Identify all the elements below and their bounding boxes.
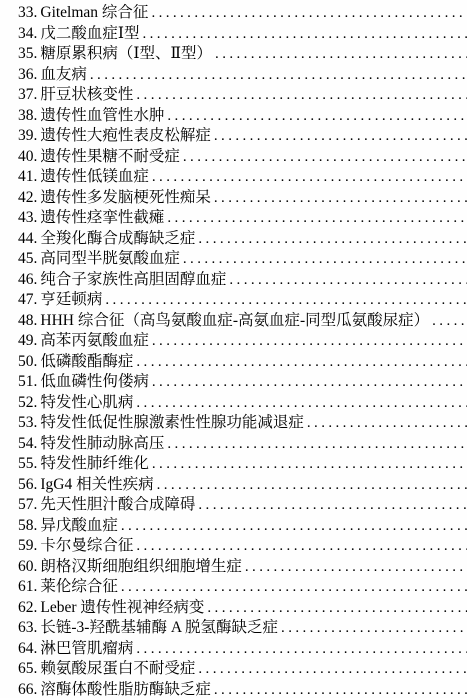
toc-entry-title: 全羧化酶合成酶缺乏症 — [40, 229, 195, 250]
toc-entry-number: 59. — [18, 536, 37, 557]
toc-entry: 43. 遗传性痉挛性截瘫 ...........................… — [18, 208, 467, 229]
toc-dot-leader: ........................................… — [207, 598, 467, 619]
toc-entry-number: 48. — [18, 311, 37, 332]
toc-dot-leader: ........................................… — [183, 249, 467, 270]
toc-entry: 40. 遗传性果糖不耐受症 ..........................… — [18, 147, 467, 168]
toc-entry: 60. 朗格汉斯细胞组织细胞增生症 ......................… — [18, 557, 467, 578]
toc-entry-title: 赖氨酸尿蛋白不耐受症 — [40, 659, 195, 680]
toc-dot-leader: ........................................… — [152, 331, 467, 352]
toc-entry: 62. Leber 遗传性视神经病变 .....................… — [18, 598, 467, 619]
toc-entry-title: 低磷酸酯酶症 — [40, 352, 133, 373]
toc-entry-title: 遗传性大疱性表皮松解症 — [40, 126, 211, 147]
toc-entry-number: 54. — [18, 434, 37, 455]
toc-entry: 33. Gitelman 综合征 .......................… — [18, 3, 467, 24]
toc-entry-number: 47. — [18, 290, 37, 311]
toc-entry-number: 44. — [18, 229, 37, 250]
toc-entry: 42. 遗传性多发脑梗死性痴呆 ........................… — [18, 188, 467, 209]
toc-entry-number: 50. — [18, 352, 37, 373]
toc-dot-leader: ........................................… — [167, 434, 467, 455]
toc-dot-leader: ........................................… — [281, 618, 467, 639]
toc-entry-title: 纯合子家族性高胆固醇血症 — [40, 270, 226, 291]
toc-dot-leader: ........................................… — [229, 270, 467, 291]
toc-entry-title: 异戊酸血症 — [40, 516, 118, 537]
toc-entry: 64. 淋巴管肌瘤病 .............................… — [18, 639, 467, 660]
toc-entry-number: 60. — [18, 557, 37, 578]
toc-dot-leader: ........................................… — [90, 65, 467, 86]
toc-entry-title: 遗传性多发脑梗死性痴呆 — [40, 188, 211, 209]
toc-entry-title: 长链-3-羟酰基辅酶 A 脱氢酶缺乏症 — [40, 618, 278, 639]
toc-entry-number: 40. — [18, 147, 37, 168]
toc-dot-leader: ........................................… — [198, 659, 467, 680]
toc-dot-leader: ........................................… — [214, 680, 467, 698]
toc-dot-leader: ........................................… — [432, 311, 467, 332]
toc-entry-title: 特发性心肌病 — [40, 393, 133, 414]
toc-list: 33. Gitelman 综合征 .......................… — [18, 3, 467, 698]
toc-entry-title: 高同型半胱氨酸血症 — [40, 249, 180, 270]
toc-entry-number: 43. — [18, 208, 37, 229]
toc-entry-title: 淋巴管肌瘤病 — [40, 639, 133, 660]
toc-entry-title: 血友病 — [40, 65, 87, 86]
toc-entry-number: 38. — [18, 106, 37, 127]
toc-entry-number: 63. — [18, 618, 37, 639]
toc-entry: 59. 卡尔曼综合征 .............................… — [18, 536, 467, 557]
toc-dot-leader: ........................................… — [151, 3, 467, 24]
toc-entry: 56. IgG4 相关性疾病 .........................… — [18, 475, 467, 496]
toc-entry-number: 58. — [18, 516, 37, 537]
toc-dot-leader: ........................................… — [136, 85, 467, 106]
toc-entry-number: 45. — [18, 249, 37, 270]
toc-entry: 41. 遗传性低镁血症 ............................… — [18, 167, 467, 188]
toc-entry-number: 64. — [18, 639, 37, 660]
toc-entry-number: 41. — [18, 167, 37, 188]
toc-entry-number: 57. — [18, 495, 37, 516]
toc-entry-title: Gitelman 综合征 — [40, 3, 148, 24]
document-page: 33. Gitelman 综合征 .......................… — [0, 0, 467, 698]
toc-entry: 47. 亨廷顿病 ...............................… — [18, 290, 467, 311]
toc-dot-leader: ........................................… — [198, 229, 467, 250]
toc-dot-leader: ........................................… — [215, 44, 467, 65]
toc-entry-number: 46. — [18, 270, 37, 291]
toc-entry: 66. 溶酶体酸性脂肪酶缺乏症 ........................… — [18, 680, 467, 698]
toc-entry-number: 55. — [18, 454, 37, 475]
toc-dot-leader: ........................................… — [214, 188, 467, 209]
toc-entry: 46. 纯合子家族性高胆固醇血症 .......................… — [18, 270, 467, 291]
toc-entry-number: 37. — [18, 85, 37, 106]
toc-dot-leader: ........................................… — [121, 516, 467, 537]
toc-entry-title: 遗传性痉挛性截瘫 — [40, 208, 164, 229]
toc-entry-number: 33. — [18, 3, 37, 24]
toc-entry-number: 36. — [18, 65, 37, 86]
toc-entry-title: IgG4 相关性疾病 — [40, 475, 153, 496]
toc-entry-title: 亨廷顿病 — [40, 290, 102, 311]
toc-entry-title: Leber 遗传性视神经病变 — [40, 598, 204, 619]
toc-entry-title: 特发性肺纤维化 — [40, 454, 149, 475]
toc-entry: 51. 低血磷性佝偻病 ............................… — [18, 372, 467, 393]
toc-entry-title: 低血磷性佝偻病 — [40, 372, 149, 393]
toc-entry-title: 莱伦综合征 — [40, 577, 118, 598]
toc-entry-number: 56. — [18, 475, 37, 496]
toc-entry: 49. 高苯丙氨酸血症 ............................… — [18, 331, 467, 352]
toc-entry-number: 53. — [18, 413, 37, 434]
toc-entry: 45. 高同型半胱氨酸血症 ..........................… — [18, 249, 467, 270]
toc-entry: 61. 莱伦综合征 ..............................… — [18, 577, 467, 598]
toc-entry: 39. 遗传性大疱性表皮松解症 ........................… — [18, 126, 467, 147]
toc-entry-title: 肝豆状核变性 — [40, 85, 133, 106]
toc-dot-leader: ........................................… — [157, 475, 467, 496]
toc-entry: 35. 糖原累积病（Ⅰ型、Ⅱ型） .......................… — [18, 44, 467, 65]
toc-entry-title: 遗传性果糖不耐受症 — [40, 147, 180, 168]
toc-entry-number: 34. — [18, 24, 37, 45]
toc-entry-number: 52. — [18, 393, 37, 414]
toc-entry: 58. 异戊酸血症 ..............................… — [18, 516, 467, 537]
toc-entry-number: 39. — [18, 126, 37, 147]
toc-dot-leader: ........................................… — [307, 413, 467, 434]
toc-dot-leader: ........................................… — [152, 372, 467, 393]
toc-entry-title: 遗传性血管性水肿 — [40, 106, 164, 127]
toc-dot-leader: ........................................… — [214, 126, 467, 147]
toc-entry: 34. 戊二酸血症Ⅰ型 ............................… — [18, 24, 467, 45]
toc-entry: 55. 特发性肺纤维化 ............................… — [18, 454, 467, 475]
toc-entry-number: 66. — [18, 680, 37, 698]
toc-dot-leader: ........................................… — [198, 495, 467, 516]
toc-entry-title: 卡尔曼综合征 — [40, 536, 133, 557]
toc-entry: 53. 特发性低促性腺激素性性腺功能减退症 ..................… — [18, 413, 467, 434]
toc-dot-leader: ........................................… — [167, 208, 467, 229]
toc-entry-title: 糖原累积病（Ⅰ型、Ⅱ型） — [40, 44, 212, 65]
toc-entry-title: 高苯丙氨酸血症 — [40, 331, 149, 352]
toc-entry-number: 65. — [18, 659, 37, 680]
toc-entry: 37. 肝豆状核变性 .............................… — [18, 85, 467, 106]
toc-entry: 57. 先天性胆汁酸合成障碍 .........................… — [18, 495, 467, 516]
toc-entry-title: 特发性低促性腺激素性性腺功能减退症 — [40, 413, 304, 434]
toc-entry-title: 遗传性低镁血症 — [40, 167, 149, 188]
toc-entry-number: 49. — [18, 331, 37, 352]
toc-entry: 38. 遗传性血管性水肿 ...........................… — [18, 106, 467, 127]
toc-entry-title: 先天性胆汁酸合成障碍 — [40, 495, 195, 516]
toc-dot-leader: ........................................… — [136, 536, 467, 557]
toc-entry: 52. 特发性心肌病 .............................… — [18, 393, 467, 414]
toc-entry: 50. 低磷酸酯酶症 .............................… — [18, 352, 467, 373]
toc-entry-number: 61. — [18, 577, 37, 598]
toc-entry: 44. 全羧化酶合成酶缺乏症 .........................… — [18, 229, 467, 250]
toc-entry: 54. 特发性肺动脉高压 ...........................… — [18, 434, 467, 455]
toc-dot-leader: ........................................… — [183, 147, 467, 168]
toc-dot-leader: ........................................… — [245, 557, 467, 578]
toc-dot-leader: ........................................… — [167, 106, 467, 127]
toc-entry-number: 51. — [18, 372, 37, 393]
toc-entry: 65. 赖氨酸尿蛋白不耐受症 .........................… — [18, 659, 467, 680]
toc-dot-leader: ........................................… — [121, 577, 467, 598]
toc-entry-title: HHH 综合征（高鸟氨酸血症-高氨血症-同型瓜氨酸尿症） — [40, 311, 429, 332]
toc-dot-leader: ........................................… — [143, 24, 467, 45]
toc-entry: 48. HHH 综合征（高鸟氨酸血症-高氨血症-同型瓜氨酸尿症） .......… — [18, 311, 467, 332]
toc-dot-leader: ........................................… — [105, 290, 467, 311]
toc-entry-title: 溶酶体酸性脂肪酶缺乏症 — [40, 680, 211, 698]
toc-entry-number: 35. — [18, 44, 37, 65]
toc-entry: 36. 血友病 ................................… — [18, 65, 467, 86]
toc-dot-leader: ........................................… — [136, 352, 467, 373]
toc-entry-title: 特发性肺动脉高压 — [40, 434, 164, 455]
toc-entry-number: 62. — [18, 598, 37, 619]
toc-dot-leader: ........................................… — [136, 393, 467, 414]
toc-dot-leader: ........................................… — [152, 167, 467, 188]
toc-dot-leader: ........................................… — [136, 639, 467, 660]
toc-entry-number: 42. — [18, 188, 37, 209]
toc-entry: 63. 长链-3-羟酰基辅酶 A 脱氢酶缺乏症 ................… — [18, 618, 467, 639]
toc-entry-title: 朗格汉斯细胞组织细胞增生症 — [40, 557, 242, 578]
toc-entry-title: 戊二酸血症Ⅰ型 — [40, 24, 139, 45]
toc-dot-leader: ........................................… — [152, 454, 467, 475]
